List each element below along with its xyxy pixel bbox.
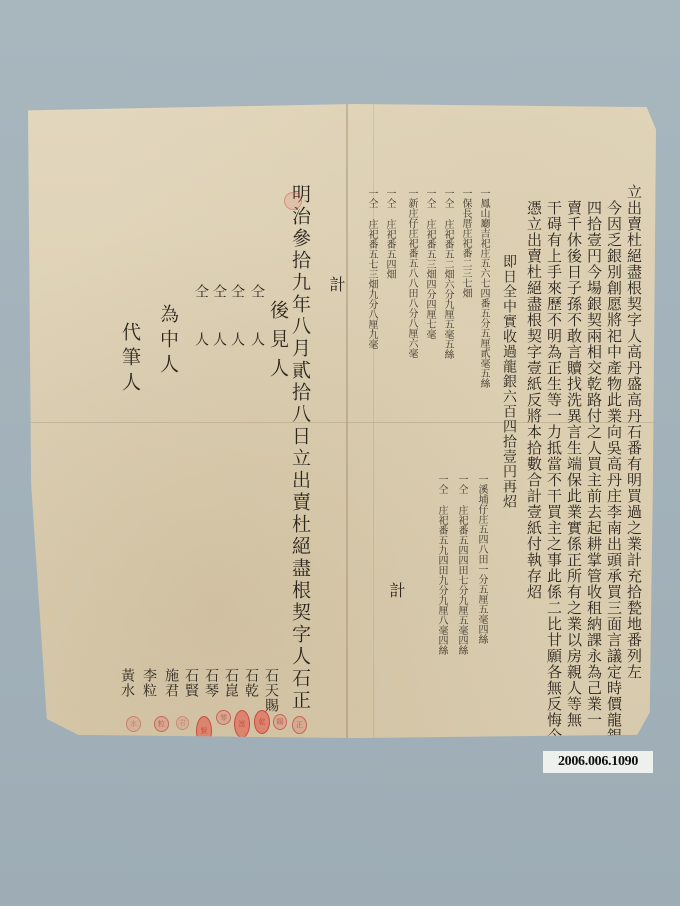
- deed-text-column-5: 干碍有上手來歷不明為正生等一力抵當不干買主之事此係二比甘願各無反悔今欲有: [546, 200, 561, 776]
- seal-stamp: 乾: [254, 710, 270, 734]
- land-item: 一仝 庄祀番五二畑六分九厘五毫五絲: [442, 188, 452, 359]
- receipt-text: 即日全中實收過龍銀六百四拾壹円再炤: [502, 254, 516, 509]
- signatory-name: 石天賜: [264, 668, 278, 713]
- same-label: 仝人: [230, 284, 244, 380]
- deed-text-column-6: 憑立出賣杜絕盡根契字壹紙反將本拾數合計壹紙付執存炤: [526, 200, 541, 600]
- seal-stamp: 崑: [234, 710, 250, 738]
- scribe-label: 代筆人: [120, 322, 139, 397]
- same-label: 仝人: [194, 284, 208, 380]
- seal-stamp: 水: [126, 716, 141, 732]
- date-line: 明治參拾九年八月貳拾八日立出賣杜絕盡根契字人石正: [290, 184, 309, 712]
- deed-text-column-4: 賣千休後日子孫不敢言贖找洗異言生端保此業實係正所有之業以房親人等無: [566, 200, 581, 728]
- land-item: 一仝 庄祀番五三畑四分四厘七毫: [424, 188, 434, 339]
- seal-stamp: 粒: [154, 716, 169, 732]
- land-item-2: 一仝 庄祀番五九四田九分九厘八毫四絲: [436, 474, 446, 655]
- signatory-name: 石崑: [224, 668, 238, 698]
- seal-stamp: [284, 192, 302, 210]
- signatory-name: 石琴: [204, 668, 218, 698]
- deed-text-column-2: 今因乏銀別創愿將祀中產物此業向吳高丹庄李南出頭承買三面言議定時價龍銀六石: [606, 200, 621, 776]
- land-item-2: 一溪埔仔庄五四八田一分五厘五毫四絲: [476, 474, 486, 644]
- signatory-name: 石乾: [244, 668, 258, 698]
- land-item-2: 一仝 庄祀番五四四田七分九厘五毫四絲: [456, 474, 466, 655]
- guarantor-label: 後見人: [268, 300, 287, 387]
- land-item: 一保長厝庄祀番二三七畑: [460, 188, 470, 298]
- signatory-name: 施君: [164, 668, 178, 698]
- middleman-label: 為中人: [158, 304, 177, 379]
- deed-text-column-1: 立出賣杜絕盡根契字人高丹盛高丹石番有明買過之業計充拾甃地番列左: [626, 184, 641, 680]
- deed-document: 立出賣杜絕盡根契字人高丹盛高丹石番有明買過之業計充拾甃地番列左 今因乏銀別創愿將…: [28, 104, 656, 738]
- deed-text-column-3: 四拾壹円今場銀契兩相交乾路付之人買主前去起耕掌管收租納課永為己業一: [586, 200, 601, 728]
- same-label: 仝人: [250, 284, 264, 380]
- signatory-name: 石賢: [184, 668, 198, 698]
- fold-line-vertical: [346, 104, 348, 738]
- ji-mark: 計: [388, 582, 404, 601]
- land-item: 一仝 庄祀番五七三畑九分八厘九毫: [366, 188, 376, 349]
- seal-stamp: 正: [292, 716, 307, 734]
- signatory-name: 李粒: [142, 668, 156, 698]
- seal-stamp: 琴: [216, 710, 231, 725]
- ji-mark: 計: [328, 276, 344, 295]
- catalog-number-label: 2006.006.1090: [543, 751, 653, 773]
- land-item: 一鳳山廳吉祀庄五六七四番五分五厘貳毫五絲: [478, 188, 488, 388]
- seal-stamp: 君: [176, 716, 189, 730]
- land-item: 一仝 庄祀番五四畑: [384, 188, 394, 279]
- land-item: 一新庄仔庄祀番五八八田八分八厘六毫: [406, 188, 416, 358]
- same-label: 仝人: [212, 284, 226, 380]
- seal-stamp: 賢: [196, 716, 212, 746]
- seal-stamp: 賜: [273, 714, 287, 730]
- signatory-name: 黃水: [120, 668, 134, 698]
